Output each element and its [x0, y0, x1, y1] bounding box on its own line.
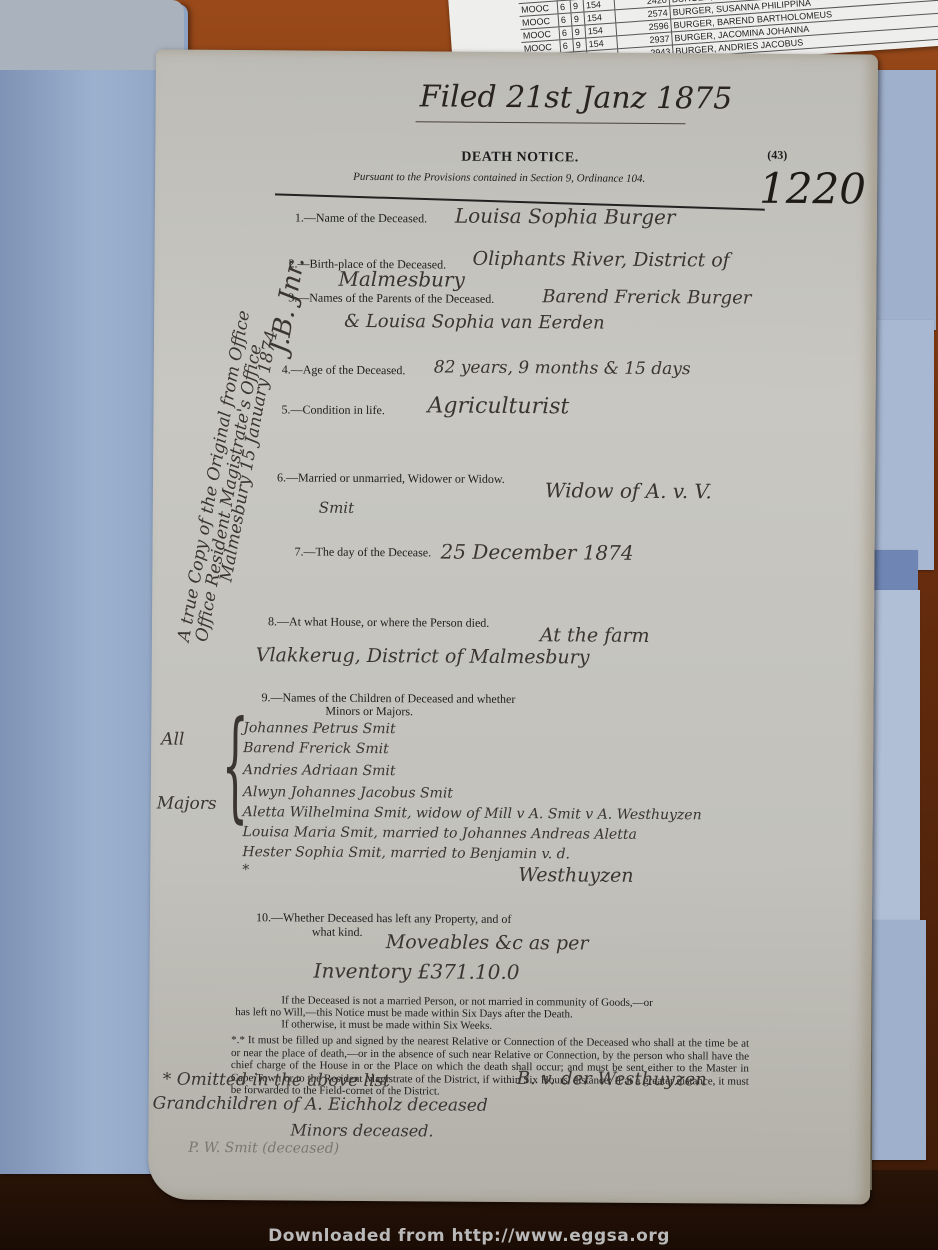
field-4-label: 4.—Age of the Deceased.: [282, 362, 406, 378]
file-number: 1220: [759, 164, 866, 214]
child-name: Louisa Maria Smit, married to Johannes A…: [243, 824, 637, 843]
field-6-value-cont: Smit: [319, 499, 354, 517]
watermark: Downloaded from http://www.eggsa.org: [0, 1222, 938, 1250]
field-8-value-cont: Vlakkerug, District of Malmesbury: [256, 644, 590, 668]
field-8-label: 8.—At what House, or where the Person di…: [268, 614, 489, 631]
death-notice-page: Filed 21st Janz 1875 DEATH NOTICE. (43) …: [148, 49, 878, 1204]
field-2-value: Oliphants River, District of: [472, 248, 729, 272]
informant-signature: B. v. der Westhuyzen: [517, 1068, 707, 1090]
footnote-line2: Grandchildren of A. Eichholz deceased: [153, 1093, 488, 1115]
field-3-label: 3.—Names of the Parents of the Deceased.: [288, 290, 494, 306]
side-note-all: All: [161, 730, 184, 750]
child-name: *: [242, 862, 249, 878]
field-8-value: At the farm: [540, 624, 650, 647]
child-name: Johannes Petrus Smit: [243, 720, 395, 737]
instruction-line3: If otherwise, it must be made within Six…: [281, 1018, 492, 1031]
field-3-value-cont: & Louisa Sophia van Eerden: [344, 311, 605, 334]
torn-tab: [868, 920, 926, 1160]
field-5-label: 5.—Condition in life.: [281, 402, 384, 418]
field-6-label: 6.—Married or unmarried, Widower or Wido…: [277, 470, 505, 487]
child-name: Alwyn Johannes Jacobus Smit: [243, 784, 453, 801]
child-name: Barend Frerick Smit: [243, 740, 389, 757]
field-10-value-cont: Inventory £371.10.0: [314, 959, 520, 984]
child-name: Hester Sophia Smit, married to Benjamin …: [242, 844, 570, 862]
torn-tab: [870, 70, 936, 330]
form-number: (43): [767, 148, 787, 163]
footnote-line1: * Omitted in the above list: [163, 1070, 390, 1092]
field-10-value: Moveables &c as per: [386, 931, 589, 954]
field-1-value: Louisa Sophia Burger: [455, 204, 676, 230]
child-name-cont: Westhuyzen: [518, 864, 633, 887]
field-9-label-cont: Minors or Majors.: [325, 704, 413, 720]
field-2-value-cont: Malmesbury: [338, 267, 465, 292]
torn-tab: [874, 320, 934, 570]
field-1-label: 1.—Name of the Deceased.: [295, 210, 427, 226]
field-10-label: 10.—Whether Deceased has left any Proper…: [256, 910, 512, 927]
field-3-value: Barend Frerick Burger: [542, 286, 751, 308]
child-name: Aletta Wilhelmina Smit, widow of Mill v …: [243, 804, 702, 823]
filed-underline: [416, 121, 686, 124]
torn-tab: [870, 590, 920, 920]
field-5-value: Agriculturist: [427, 393, 569, 419]
field-6-value: Widow of A. v. V.: [545, 478, 712, 503]
field-7-label: 7.—The day of the Decease.: [294, 544, 431, 560]
side-note-majors: Majors: [157, 794, 217, 814]
document-title: DEATH NOTICE.: [461, 150, 579, 167]
field-10-label-cont: what kind.: [312, 925, 363, 940]
document-subtitle: Pursuant to the Provisions contained in …: [353, 171, 645, 185]
footnote-line3: Minors deceased.: [290, 1120, 433, 1140]
filed-stamp: Filed 21st Janz 1875: [420, 79, 733, 116]
field-4-value: 82 years, 9 months & 15 days: [434, 357, 691, 379]
child-name: Andries Adriaan Smit: [243, 762, 396, 779]
footnote-line4: P. W. Smit (deceased): [188, 1140, 339, 1157]
field-7-value: 25 December 1874: [440, 539, 633, 564]
